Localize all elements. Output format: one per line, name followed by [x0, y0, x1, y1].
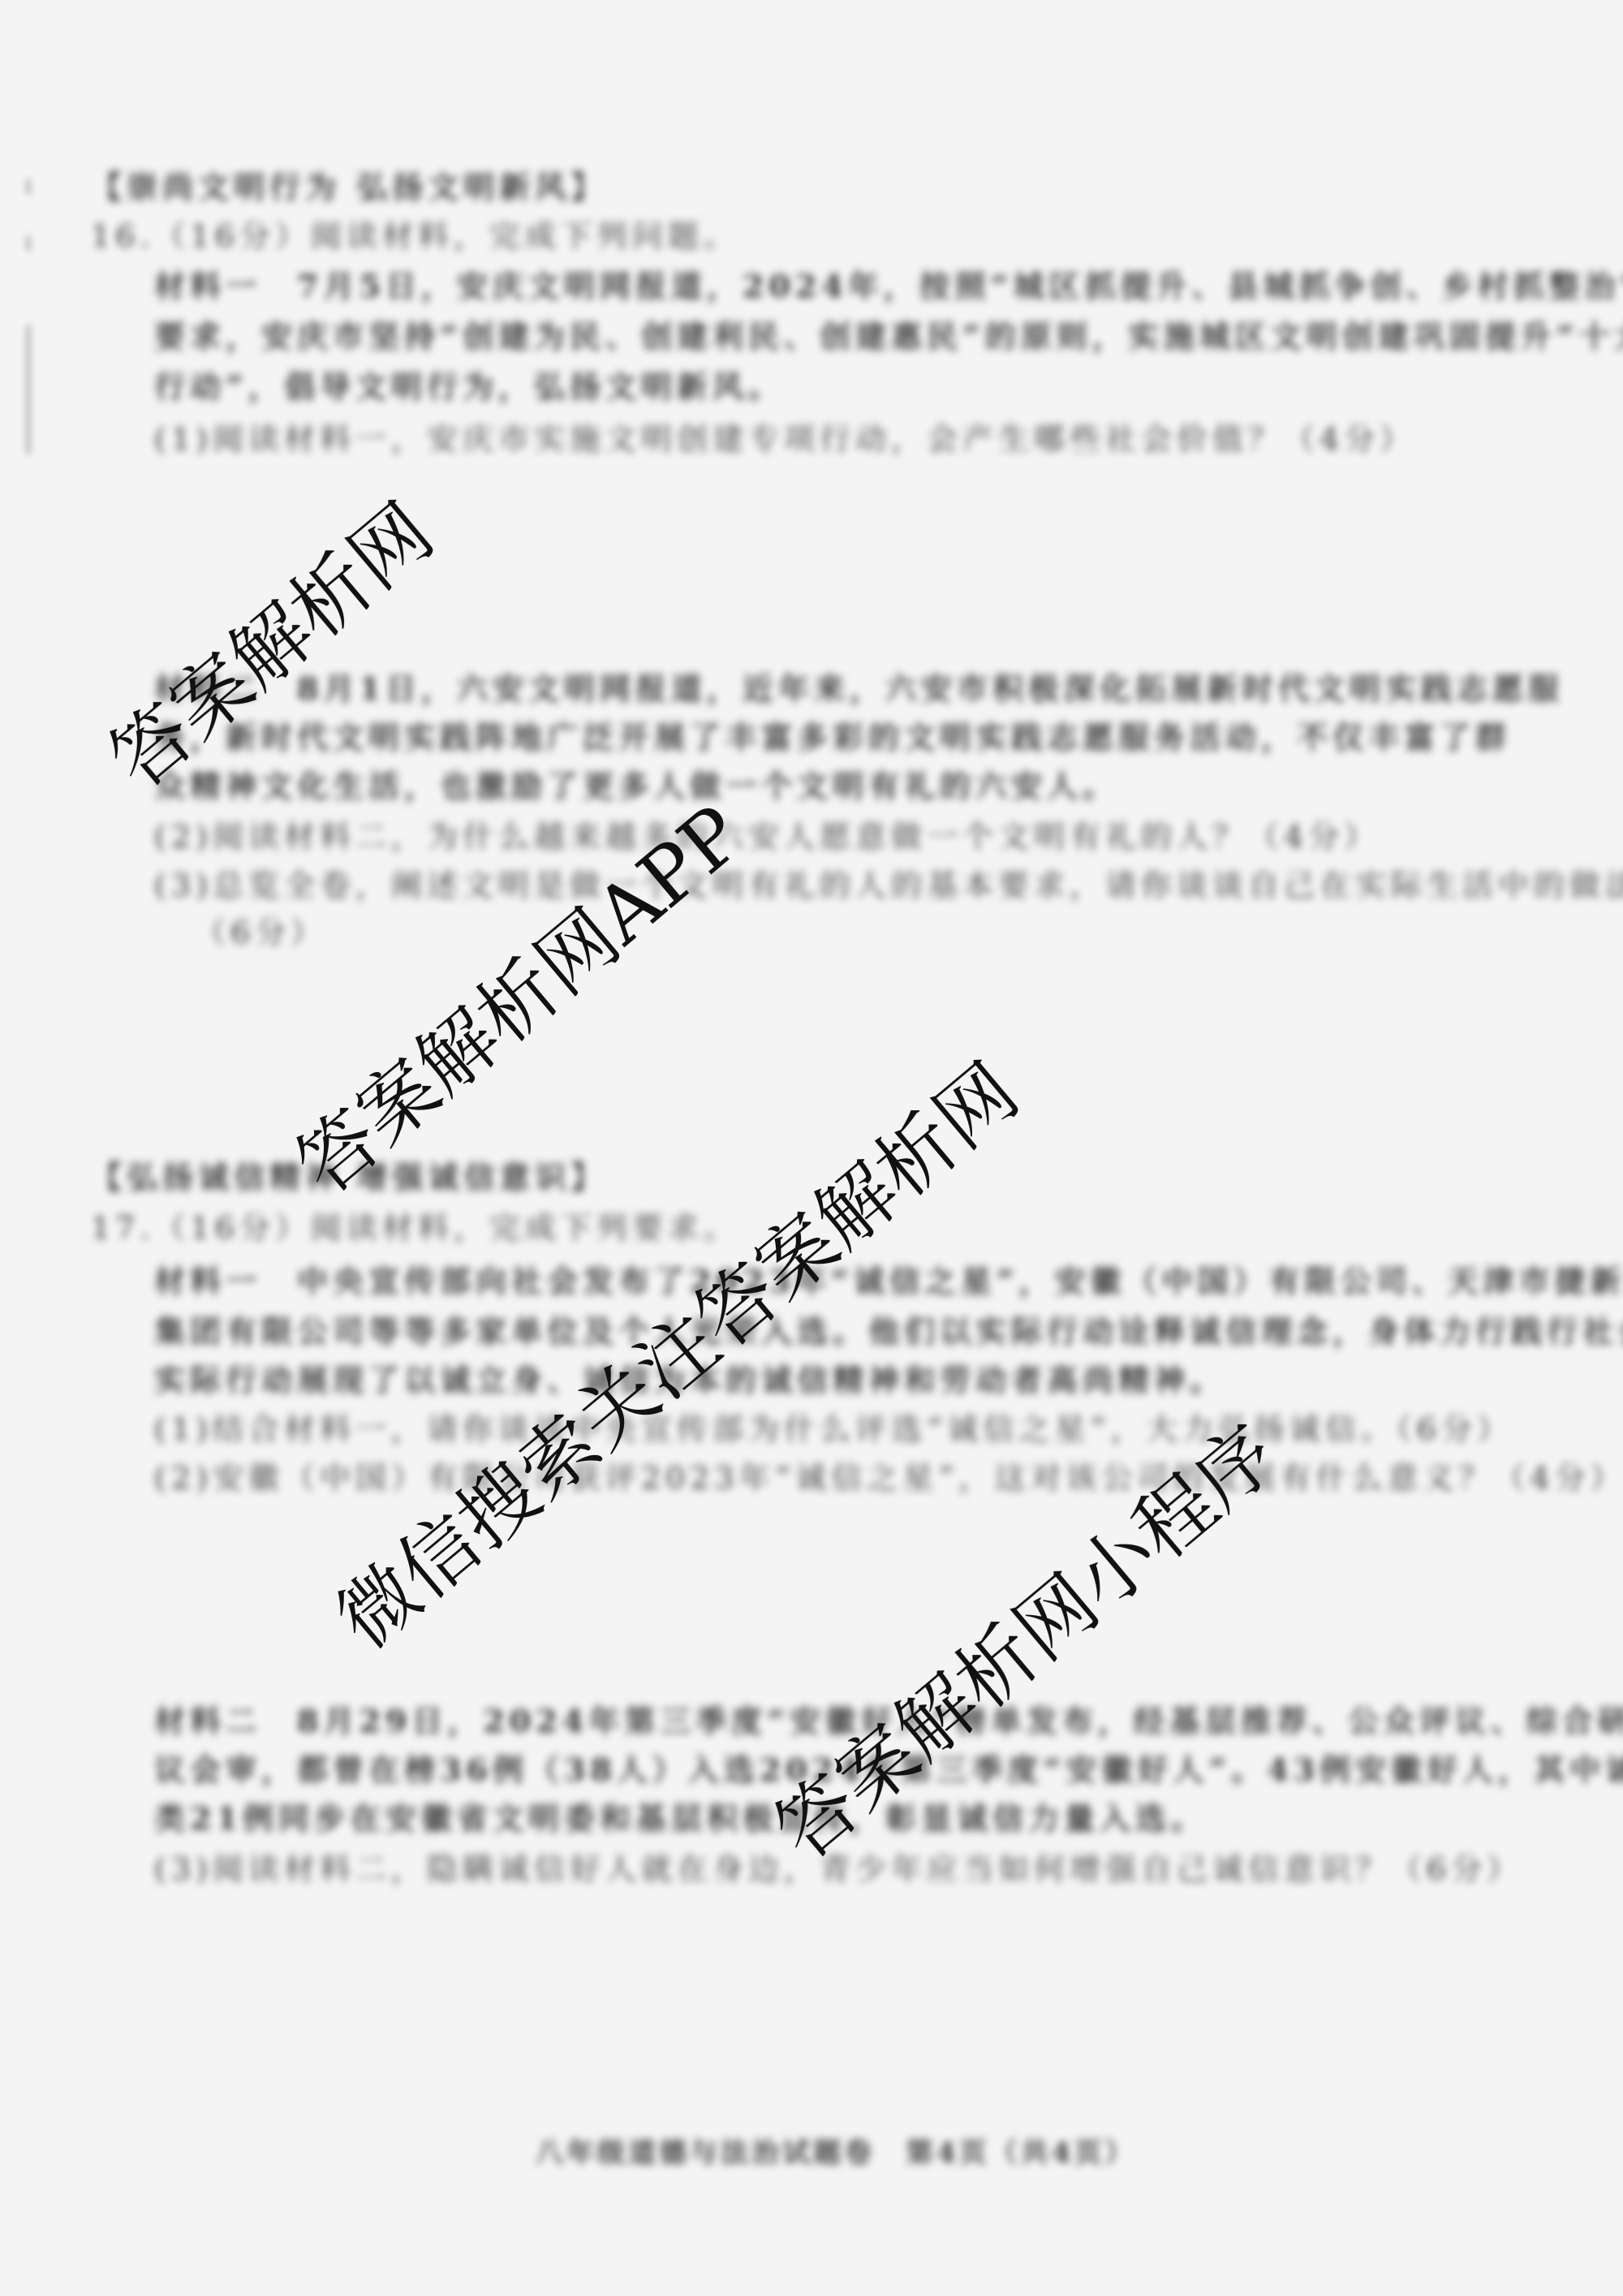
exam-page: 【崇尚文明行为 弘扬文明新风】 16.（16分）阅读材料，完成下列问题。 材料一… [0, 0, 1623, 2296]
subquestion: (2)阅读材料二，为什么越来越多的六安人愿意做一个文明有礼的人？（4分） [154, 812, 1380, 856]
question-number: 17.（16分）阅读材料，完成下列要求。 [91, 1203, 739, 1247]
watermark: 答案解析网 [83, 474, 453, 809]
question-number: 16.（16分）阅读材料，完成下列问题。 [91, 211, 739, 256]
subquestion-score: （6分） [195, 907, 326, 952]
material-line: 集团有限公司等等多家单位及个人光荣入选。他们以实际行动诠释诚信理念，身体力行践行… [154, 1307, 1623, 1351]
material-line: 要求，安庆市坚持“创建为民、创建利民、创建惠民”的原则，实施城区文明创建巩固提升… [154, 312, 1623, 356]
subquestion: (3)总览全卷，阐述文明是做一个文明有礼的人的基本要求，请你谈谈自己在实际生活中… [154, 860, 1623, 905]
margin-mark [26, 179, 31, 195]
material-line: 材料一 中央宣传部向社会发布了2023年“诚信之星”，安徽（中国）有限公司、天津… [154, 1256, 1623, 1301]
margin-mark [26, 325, 31, 454]
material-line: 行动”，倡导文明行为，弘扬文明新风。 [154, 362, 784, 407]
subquestion: (2)安徽（中国）有限公司获评2023年“诚信之星”，这对该公司的发展有什么意义… [154, 1453, 1623, 1497]
subquestion: (1)阅读材料一，安庆市实施文明创建专项行动，会产生哪些社会价值？（4分） [154, 414, 1415, 459]
subquestion: (1)结合材料一，请你谈谈中央宣传部为什么评选“诚信之星”，大力弘扬诚信。（6分… [154, 1404, 1513, 1449]
material-line: 众精神文化生活，也激励了更多人做一个文明有礼的六安人。 [154, 761, 1118, 806]
material-line: 材料一 7月5日，安庆文明网报道，2024年，按照“城区抓提升、县城抓争创、乡村… [154, 261, 1623, 306]
page-footer: 八年级道德与法治试题卷 第4页（共4页） [536, 2130, 1135, 2170]
material-line: 务，新时代文明实践阵地广泛开展了丰富多彩的文明实践志愿服务活动，不仅丰富了群 [154, 713, 1511, 757]
material-line: 类21例同步在安徽省文明委和基层积极宣传，彰显诚信力量入选。 [154, 1794, 1207, 1838]
margin-mark [26, 235, 31, 252]
section-heading: 【崇尚文明行为 弘扬文明新风】 [91, 162, 606, 207]
material-line: 材料二 8月1日，六安文明网报道，近年来，六安市积极深化拓展新时代文明实践志愿服 [154, 664, 1564, 709]
